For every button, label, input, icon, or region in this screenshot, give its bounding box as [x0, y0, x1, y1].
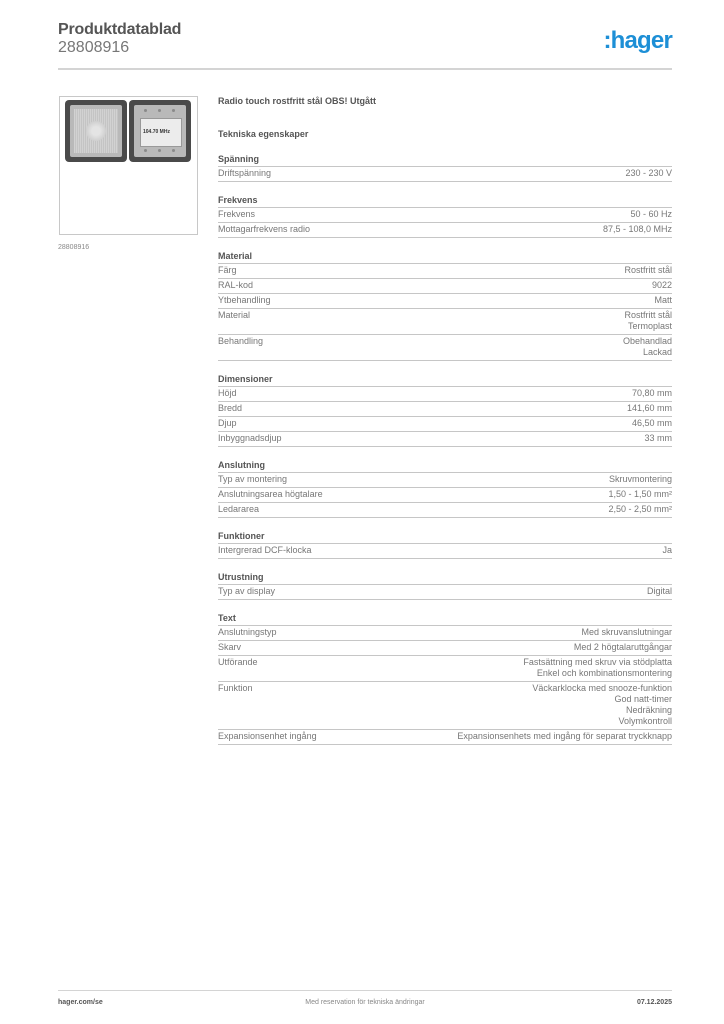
spec-value: 70,80 mm: [632, 388, 672, 399]
spec-value-line: 87,5 - 108,0 MHz: [603, 224, 672, 235]
speaker-module-image: [65, 100, 127, 162]
spec-value-line: Skruvmontering: [609, 474, 672, 485]
spec-value: Digital: [647, 586, 672, 597]
spec-value-line: 33 mm: [644, 433, 672, 444]
spec-row: BehandlingObehandladLackad: [218, 335, 672, 361]
spec-label: Expansionsenhet ingång: [218, 731, 317, 742]
spec-value-line: Digital: [647, 586, 672, 597]
spec-row: Frekvens50 - 60 Hz: [218, 208, 672, 223]
spec-value-line: Väckarklocka med snooze-funktion: [532, 683, 672, 694]
spec-group-title: Anslutning: [218, 460, 672, 473]
spec-value: 87,5 - 108,0 MHz: [603, 224, 672, 235]
radio-display: 104.70 MHz: [140, 118, 182, 147]
spec-label: Funktion: [218, 683, 253, 727]
spec-value: 33 mm: [644, 433, 672, 444]
document-number: 28808916: [58, 39, 672, 57]
spec-group: TextAnslutningstypMed skruvanslutningarS…: [218, 613, 672, 745]
spec-row: Bredd141,60 mm: [218, 402, 672, 417]
spec-label: Färg: [218, 265, 237, 276]
footer-divider: [58, 990, 672, 991]
spec-group: AnslutningTyp av monteringSkruvmontering…: [218, 460, 672, 518]
spec-value-line: 141,60 mm: [627, 403, 672, 414]
section-heading: Tekniska egenskaper: [218, 129, 672, 141]
spec-row: SkarvMed 2 högtalaruttgångar: [218, 641, 672, 656]
spec-group: FunktionerIntergrerad DCF-klockaJa: [218, 531, 672, 559]
product-image: 104.70 MHz: [59, 96, 198, 235]
spec-value-line: Expansionsenhets med ingång för separat …: [457, 731, 672, 742]
spec-value: Rostfritt stål: [624, 265, 672, 276]
spec-value-line: Lackad: [623, 347, 672, 358]
spec-value-line: Nedräkning: [532, 705, 672, 716]
spec-value-line: Rostfritt stål: [624, 265, 672, 276]
spec-label: Material: [218, 310, 250, 332]
spec-group: MaterialFärgRostfritt stålRAL-kod9022Ytb…: [218, 251, 672, 361]
spec-label: Typ av montering: [218, 474, 287, 485]
spec-label: Inbyggnadsdjup: [218, 433, 282, 444]
spec-group-title: Utrustning: [218, 572, 672, 585]
spec-value-line: 1,50 - 1,50 mm²: [608, 489, 672, 500]
hager-logo: :hager: [603, 27, 672, 55]
spec-label: Ytbehandling: [218, 295, 271, 306]
document-title: Produktdatablad: [58, 21, 672, 39]
spec-row: Djup46,50 mm: [218, 417, 672, 432]
spec-value: 141,60 mm: [627, 403, 672, 414]
spec-label: Skarv: [218, 642, 241, 653]
spec-row: Typ av displayDigital: [218, 585, 672, 600]
spec-group: SpänningDriftspänning230 - 230 V: [218, 154, 672, 182]
spec-group-title: Spänning: [218, 154, 672, 167]
spec-value-line: Obehandlad: [623, 336, 672, 347]
spec-value: Expansionsenhets med ingång för separat …: [457, 731, 672, 742]
spec-label: Behandling: [218, 336, 263, 358]
spec-row: Ledararea2,50 - 2,50 mm²: [218, 503, 672, 518]
spec-group: FrekvensFrekvens50 - 60 HzMottagarfrekve…: [218, 195, 672, 238]
spec-row: MaterialRostfritt stålTermoplast: [218, 309, 672, 335]
header-divider: [58, 68, 672, 70]
spec-row: Expansionsenhet ingångExpansionsenhets m…: [218, 730, 672, 745]
spec-value-line: 9022: [652, 280, 672, 291]
spec-label: Anslutningstyp: [218, 627, 277, 638]
spec-value-line: Enkel och kombinationsmontering: [523, 668, 672, 679]
spec-label: Typ av display: [218, 586, 275, 597]
spec-label: Höjd: [218, 388, 237, 399]
product-title: Radio touch rostfritt stål OBS! Utgått: [218, 96, 672, 108]
spec-value-line: 230 - 230 V: [625, 168, 672, 179]
spec-row: AnslutningstypMed skruvanslutningar: [218, 626, 672, 641]
spec-row: Typ av monteringSkruvmontering: [218, 473, 672, 488]
footer-disclaimer: Med reservation för tekniska ändringar: [58, 999, 672, 1006]
footer-date: 07.12.2025: [637, 999, 672, 1006]
spec-value: 46,50 mm: [632, 418, 672, 429]
spec-label: Driftspänning: [218, 168, 271, 179]
spec-value-line: Med 2 högtalaruttgångar: [574, 642, 672, 653]
spec-label: Intergrerad DCF-klocka: [218, 545, 312, 556]
spec-row: FunktionVäckarklocka med snooze-funktion…: [218, 682, 672, 730]
spec-value: 50 - 60 Hz: [630, 209, 672, 220]
spec-group-title: Material: [218, 251, 672, 264]
speaker-grille-icon: [74, 109, 118, 153]
spec-value: 9022: [652, 280, 672, 291]
spec-value: Med 2 högtalaruttgångar: [574, 642, 672, 653]
spec-label: Anslutningsarea högtalare: [218, 489, 323, 500]
spec-label: Bredd: [218, 403, 242, 414]
spec-row: FärgRostfritt stål: [218, 264, 672, 279]
spec-group-title: Dimensioner: [218, 374, 672, 387]
spec-row: Mottagarfrekvens radio87,5 - 108,0 MHz: [218, 223, 672, 238]
spec-value-line: 2,50 - 2,50 mm²: [608, 504, 672, 515]
spec-row: RAL-kod9022: [218, 279, 672, 294]
spec-value-line: Med skruvanslutningar: [581, 627, 672, 638]
spec-group-title: Text: [218, 613, 672, 626]
spec-row: Anslutningsarea högtalare1,50 - 1,50 mm²: [218, 488, 672, 503]
image-caption: 28808916: [58, 244, 89, 251]
spec-group: DimensionerHöjd70,80 mmBredd141,60 mmDju…: [218, 374, 672, 447]
spec-group-title: Funktioner: [218, 531, 672, 544]
spec-value: Väckarklocka med snooze-funktionGod natt…: [532, 683, 672, 727]
spec-value: Ja: [662, 545, 672, 556]
spec-value: ObehandladLackad: [623, 336, 672, 358]
spec-value-line: 46,50 mm: [632, 418, 672, 429]
spec-value: Matt: [654, 295, 672, 306]
spec-value-line: Rostfritt stål: [624, 310, 672, 321]
spec-label: Ledararea: [218, 504, 259, 515]
spec-value: Skruvmontering: [609, 474, 672, 485]
spec-value-line: 70,80 mm: [632, 388, 672, 399]
spec-value-line: Volymkontroll: [532, 716, 672, 727]
spec-value-line: Fastsättning med skruv via stödplatta: [523, 657, 672, 668]
spec-value: 2,50 - 2,50 mm²: [608, 504, 672, 515]
page-header: Produktdatablad 28808916 :hager: [58, 21, 672, 57]
spec-groups: SpänningDriftspänning230 - 230 VFrekvens…: [218, 154, 672, 745]
spec-row: Driftspänning230 - 230 V: [218, 167, 672, 182]
spec-group: UtrustningTyp av displayDigital: [218, 572, 672, 600]
spec-value-line: Ja: [662, 545, 672, 556]
spec-label: Frekvens: [218, 209, 255, 220]
radio-module-image: 104.70 MHz: [129, 100, 191, 162]
spec-row: Intergrerad DCF-klockaJa: [218, 544, 672, 559]
spec-value: 230 - 230 V: [625, 168, 672, 179]
spec-label: Utförande: [218, 657, 258, 679]
spec-row: Höjd70,80 mm: [218, 387, 672, 402]
spec-group-title: Frekvens: [218, 195, 672, 208]
spec-label: Mottagarfrekvens radio: [218, 224, 310, 235]
spec-value-line: Matt: [654, 295, 672, 306]
spec-value-line: God natt-timer: [532, 694, 672, 705]
spec-row: UtförandeFastsättning med skruv via stöd…: [218, 656, 672, 682]
spec-row: YtbehandlingMatt: [218, 294, 672, 309]
spec-value-line: 50 - 60 Hz: [630, 209, 672, 220]
spec-value: Med skruvanslutningar: [581, 627, 672, 638]
spec-value: Rostfritt stålTermoplast: [624, 310, 672, 332]
spec-content: Radio touch rostfritt stål OBS! Utgått T…: [218, 96, 672, 745]
spec-label: Djup: [218, 418, 237, 429]
spec-value-line: Termoplast: [624, 321, 672, 332]
spec-value: Fastsättning med skruv via stödplattaEnk…: [523, 657, 672, 679]
spec-value: 1,50 - 1,50 mm²: [608, 489, 672, 500]
spec-row: Inbyggnadsdjup33 mm: [218, 432, 672, 447]
spec-label: RAL-kod: [218, 280, 253, 291]
